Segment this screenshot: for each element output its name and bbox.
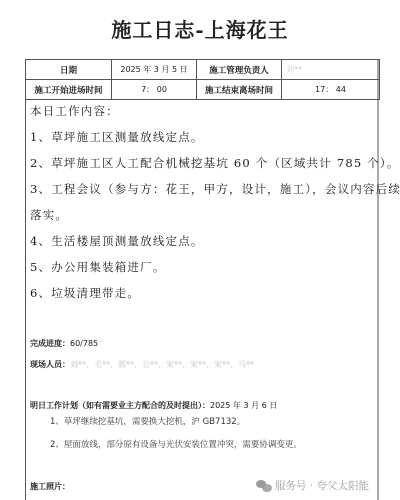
end-time-label: 施工结束离场时间 <box>197 80 282 100</box>
personnel-line: 现场人员：刘**，毛**，郭**，公**，宋**，宋**，宋**，马** <box>30 359 375 370</box>
end-time-value: 17： 44 <box>282 80 380 100</box>
date-label: 日期 <box>26 60 112 80</box>
work-item: 4、生活楼屋顶测量放线定点。 <box>30 233 375 259</box>
start-time-value: 7： 00 <box>112 80 197 100</box>
photos-label: 施工照片： <box>30 482 70 491</box>
tomorrow-plan-label: 明日工作计划（如有需要业主方配合的及时提出）： <box>30 401 210 410</box>
work-item: 3、工程会议（参与方：花王，甲方，设计，施工），会议内容后续 <box>30 181 375 207</box>
watermark: 服务号 · 夸父太阳能 <box>256 478 369 493</box>
work-item: 6、垃圾清理带走。 <box>30 285 375 311</box>
work-item: 1、草坪施工区测量放线定点。 <box>30 129 375 155</box>
work-content-heading: 本日工作内容： <box>30 103 375 129</box>
work-item: 2、草坪施工区人工配合机械挖基坑 60 个（区域共计 785 个）。 <box>30 155 375 181</box>
tomorrow-plan-date: 2025 年 3 月 6 日 <box>210 401 277 410</box>
personnel-label: 现场人员： <box>30 360 70 369</box>
manager-value: 刘** <box>282 60 380 80</box>
manager-label: 施工管理负责人 <box>197 60 282 80</box>
header-row-times: 施工开始进场时间 7： 00 施工结束离场时间 17： 44 <box>26 80 380 100</box>
plan-item: 2、屋面放线，部分原有设备与光伏安装位置冲突，需要协调变更。 <box>50 438 370 461</box>
progress-label: 完成进度： <box>30 339 70 348</box>
work-item: 落实。 <box>30 207 375 233</box>
tomorrow-plan-items: 1、草坪继续挖基坑，需要换大挖机，沪 GB7132。 2、屋面放线，部分原有设备… <box>50 415 370 461</box>
watermark-text: 服务号 · 夸父太阳能 <box>275 478 369 493</box>
header-row-date: 日期 2025 年 3 月 5 日 施工管理负责人 刘** <box>26 60 380 80</box>
personnel-value: 刘**，毛**，郭**，公**，宋**，宋**，宋**，马** <box>70 360 254 369</box>
plan-item: 1、草坪继续挖基坑，需要换大挖机，沪 GB7132。 <box>50 415 370 438</box>
date-value: 2025 年 3 月 5 日 <box>112 60 197 80</box>
wechat-icon <box>256 480 272 492</box>
tomorrow-plan-line: 明日工作计划（如有需要业主方配合的及时提出）：2025 年 3 月 6 日 <box>30 400 375 411</box>
progress-value: 60/785 <box>70 339 98 348</box>
work-content: 本日工作内容： 1、草坪施工区测量放线定点。 2、草坪施工区人工配合机械挖基坑 … <box>30 103 375 311</box>
page-title: 施工日志-上海花王 <box>0 14 400 43</box>
header-table: 日期 2025 年 3 月 5 日 施工管理负责人 刘** 施工开始进场时间 7… <box>25 59 380 100</box>
progress-line: 完成进度：60/785 <box>30 338 375 349</box>
start-time-label: 施工开始进场时间 <box>26 80 112 100</box>
work-item: 5、办公用集装箱进厂。 <box>30 259 375 285</box>
